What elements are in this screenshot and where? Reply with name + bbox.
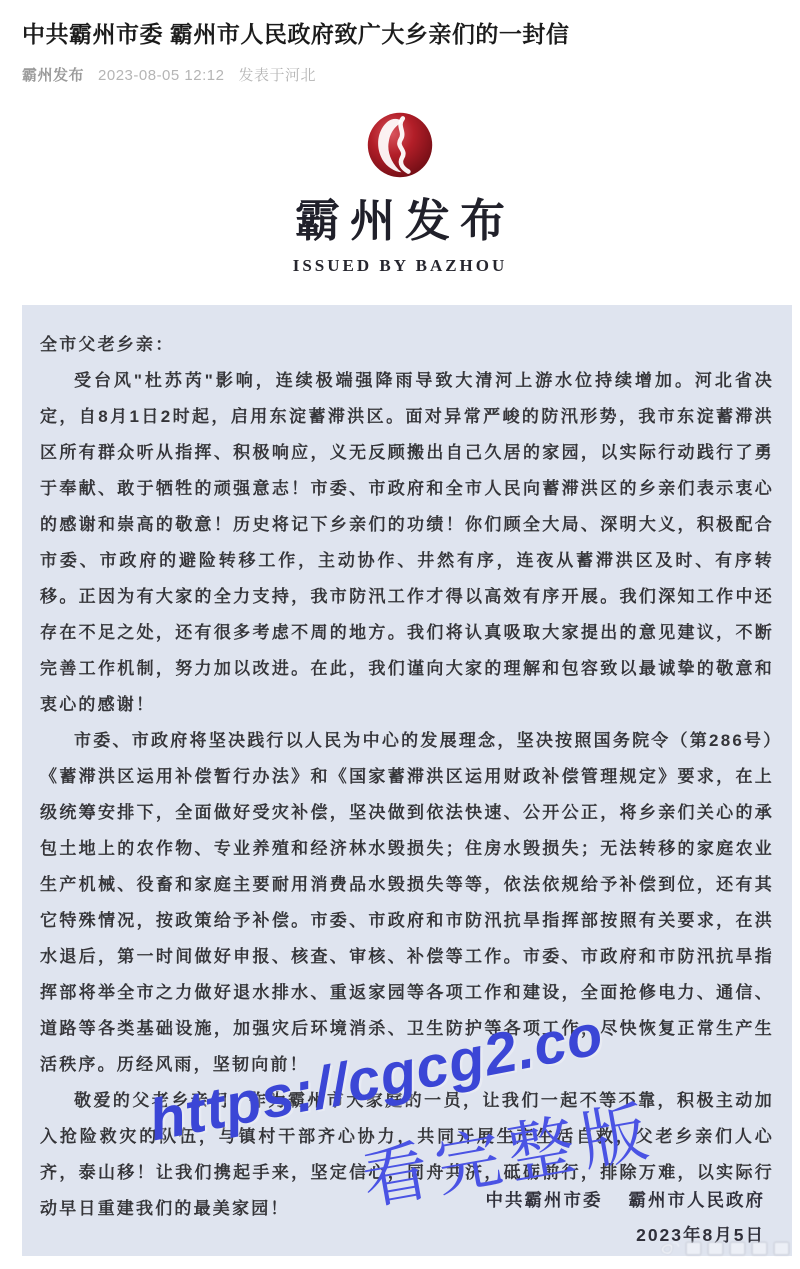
weibo-logo-icon	[660, 1240, 680, 1257]
bazhou-red-sphere-logo-icon	[365, 110, 435, 180]
illegible-watermark-glyph	[751, 1241, 768, 1256]
letter-salutation: 全市父老乡亲：	[40, 327, 774, 363]
letter-card: 全市父老乡亲： 受台风"杜苏芮"影响，连续极端强降雨导致大清河上游水位持续增加。…	[22, 305, 792, 1256]
post-timestamp: 2023-08-05 12:12	[98, 67, 224, 84]
signature-government: 霸州市人民政府	[629, 1190, 766, 1210]
weibo-watermark	[660, 1240, 790, 1257]
publisher-brand-subtitle: ISSUED BY BAZHOU	[0, 256, 800, 276]
publisher-name-link[interactable]: 霸州发布	[22, 64, 84, 85]
illegible-watermark-glyph	[729, 1241, 746, 1256]
illegible-watermark-glyph	[685, 1241, 702, 1256]
publisher-brand-name: 霸州发布	[0, 197, 800, 247]
letter-paragraph-2: 市委、市政府将坚决践行以人民为中心的发展理念，坚决按照国务院令（第286号）《蓄…	[40, 723, 774, 1083]
post-location: 发表于河北	[238, 64, 316, 85]
post-meta: 霸州发布 2023-08-05 12:12 发表于河北	[22, 64, 316, 85]
illegible-watermark-glyph	[707, 1241, 724, 1256]
publisher-logo-block: 霸州发布 ISSUED BY BAZHOU	[0, 110, 800, 276]
page-title: 中共霸州市委 霸州市人民政府致广大乡亲们的一封信	[22, 16, 772, 49]
illegible-watermark-glyph	[773, 1241, 790, 1256]
letter-paragraph-1: 受台风"杜苏芮"影响，连续极端强降雨导致大清河上游水位持续增加。河北省决定，自8…	[40, 363, 774, 723]
